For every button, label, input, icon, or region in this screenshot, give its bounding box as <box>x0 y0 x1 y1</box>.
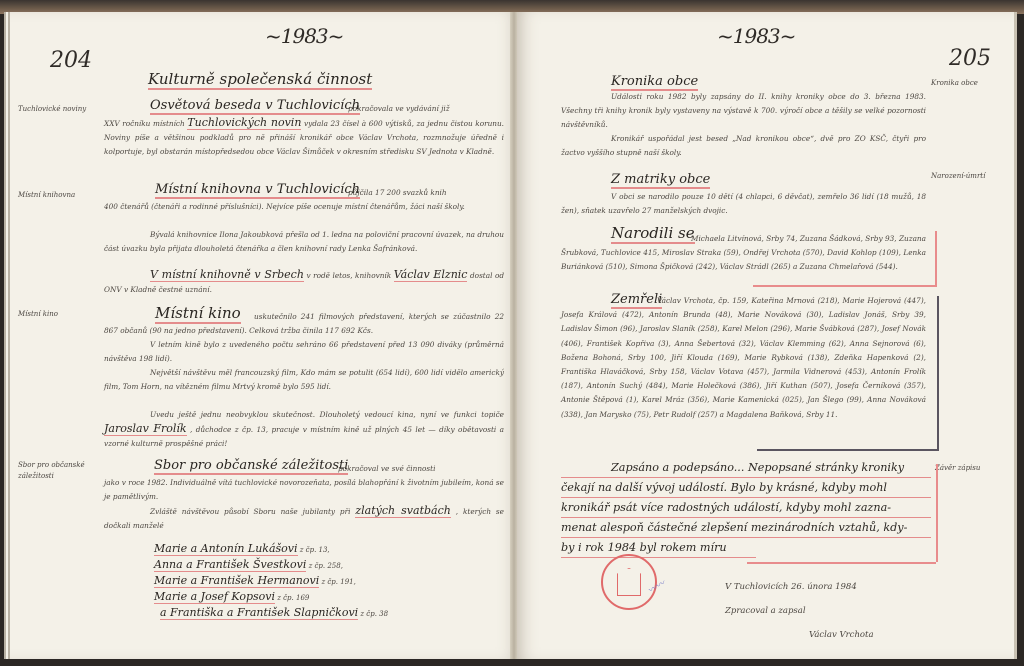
frolik-name: Jaroslav Frolík <box>104 422 187 436</box>
closing-line-5: by i rok 1984 byl rokem míru <box>561 538 756 558</box>
osvetova-lead: pokračovala ve vydávání již <box>348 102 508 116</box>
place-date: V Tuchlovicích 26. února 1984 <box>725 580 925 594</box>
chronicler-signature: Václav Vrchota <box>809 628 929 642</box>
section-title: Kulturně společenská činnost <box>148 70 372 90</box>
closing-bracket-bottom <box>747 560 936 564</box>
srbech-lead: v rodě letos, knihovník <box>306 271 391 280</box>
right-year-header: ~1983~ <box>717 24 795 48</box>
spoz-paragraph: jako v roce 1982. Individuálně vítá tuch… <box>104 476 504 504</box>
couple-address: z čp. 191, <box>319 578 356 586</box>
left-page-number: 204 <box>50 48 92 73</box>
knihovna-paragraph-2: Bývalá knihovnice Ilona Jakoubková přešl… <box>104 228 504 256</box>
right-page: ~1983~ 205 Kronika obce Narození-úmrtí Z… <box>517 12 1017 659</box>
prepared-by: Zpracoval a zapsal <box>725 604 925 618</box>
srbech-librarian-name: Václav Elznic <box>394 268 468 282</box>
matrika-paragraph: V obci se narodilo pouze 10 dětí (4 chla… <box>561 190 926 218</box>
couple-address: z čp. 169 <box>275 594 309 602</box>
couple-address: z čp. 258, <box>306 562 343 570</box>
kino-lead: uskutečnilo 241 filmových představení, k… <box>104 310 504 338</box>
couple-names: Anna a František Švestkovi <box>154 558 306 572</box>
srbech-paragraph: V místní knihovně v Srbech v rodě letos,… <box>104 268 504 297</box>
heading-z-matriky: Z matriky obce <box>611 172 710 189</box>
osvetova-paragraph: XXV ročníku místních Tuchlovických novin… <box>104 116 504 160</box>
knihovna-lead: půjčila 17 200 svazků knih <box>348 186 508 200</box>
book-spread: ~1983~ 204 Kulturně společenská činnost … <box>4 12 1016 660</box>
margin-note-kino: Místní kino <box>18 309 58 320</box>
kino-paragraph-3: Největší návštěvu měl francouzský film, … <box>104 366 504 394</box>
knihovna-paragraph: 400 čtenářů (čtenáři a rodinné příslušní… <box>104 200 504 214</box>
heading-mistni-knihovna: Místní knihovna v Tuchlovicích <box>155 182 360 199</box>
left-year-header: ~1983~ <box>265 24 343 48</box>
births-bracket <box>753 231 937 287</box>
couple-row: Marie a Antonín Lukášovi z čp. 13, <box>154 542 330 555</box>
margin-note-noviny: Tuchlovické noviny <box>18 104 86 115</box>
couple-row: Marie a Josef Kopsovi z čp. 169 <box>154 590 309 603</box>
state-emblem-icon <box>617 568 641 596</box>
kronika-paragraph-2: Kronikář uspořádal jest besed „Nad kroni… <box>561 132 926 160</box>
closing-line-2: čekají na další vývoj událostí. Bylo by … <box>561 478 931 498</box>
deaths-bracket <box>757 296 939 451</box>
couple-row: Anna a František Švestkovi z čp. 258, <box>154 558 343 571</box>
couple-row: a Františka a František Slapničkovi z čp… <box>160 606 388 619</box>
kino-paragraph-2: V letním kině bylo z uvedeného počtu seh… <box>104 338 504 366</box>
heading-kronika-obce: Kronika obce <box>611 74 698 91</box>
closing-line-1: Zapsáno a podepsáno... Nepopsané stránky… <box>561 458 931 478</box>
heading-osvetova-beseda: Osvětová beseda v Tuchlovicích <box>150 98 360 115</box>
srbech-heading: V místní knihovně v Srbech <box>150 268 304 282</box>
margin-note-zaver: Závěr zápisu <box>935 463 980 474</box>
left-page: ~1983~ 204 Kulturně společenská činnost … <box>4 12 519 659</box>
kino-p4-pre: Uvedu ještě jednu neobvyklou skutečnost.… <box>150 410 504 419</box>
kronika-paragraph: Události roku 1982 byly zapsány do II. k… <box>561 90 926 133</box>
margin-note-spoz: Sbor pro občanské záležitosti <box>18 460 98 482</box>
kino-paragraph-4: Uvedu ještě jednu neobvyklou skutečnost.… <box>104 408 504 452</box>
couple-names: Marie a Josef Kopsovi <box>154 590 275 604</box>
margin-note-knihovna: Místní knihovna <box>18 190 75 201</box>
osvetova-pre: XXV ročníku místních <box>104 119 185 128</box>
closing-statement: Zapsáno a podepsáno... Nepopsané stránky… <box>561 458 931 558</box>
zlatych-svatbach: zlatých svatbách <box>355 504 451 518</box>
margin-note-narozeni: Narození-úmrtí <box>931 171 985 182</box>
couple-names: a Františka a František Slapničkovi <box>160 606 358 620</box>
closing-bracket-side <box>922 464 938 562</box>
underlined-noviny: Tuchlovických novin <box>187 116 301 130</box>
closing-line-3: kronikář psát více radostných událostí, … <box>561 498 931 518</box>
couple-names: Marie a František Hermanovi <box>154 574 319 588</box>
couple-row: Marie a František Hermanovi z čp. 191, <box>154 574 356 587</box>
closing-line-4: menat alespoň částečné zlepšení mezináro… <box>561 518 931 538</box>
spoz-paragraph-2: Zvláště návštěvou působí Sboru naše jubi… <box>104 504 504 533</box>
couple-address: z čp. 13, <box>298 546 330 554</box>
couple-address: z čp. 38 <box>358 610 388 618</box>
spoz-lead: pokračoval ve své činnosti <box>338 462 508 476</box>
couple-names: Marie a Antonín Lukášovi <box>154 542 298 556</box>
heading-spoz: Sbor pro občanské záležitosti <box>154 458 348 475</box>
margin-note-kronika: Kronika obce <box>931 78 978 89</box>
spoz-p2-pre: Zvláště návštěvou působí Sboru naše jubi… <box>150 507 350 516</box>
right-page-number: 205 <box>949 46 991 71</box>
